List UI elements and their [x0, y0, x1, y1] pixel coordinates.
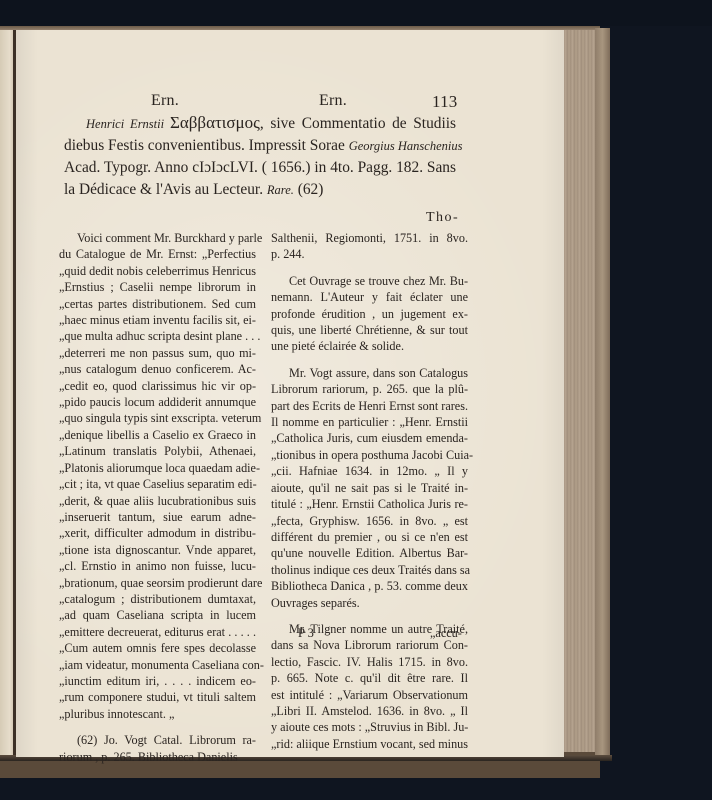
text-line: „denique libellis a Caselio ex Graeco in	[59, 427, 256, 443]
text-line: „inseruerit tantum, siue earum adne-	[59, 509, 256, 525]
text-line: Ouvrages separés.	[271, 595, 468, 611]
catchword: Tho-	[426, 210, 459, 226]
running-head-center: Ern.	[319, 92, 347, 110]
page-number: 113	[432, 92, 457, 112]
entry-text: Rare.	[267, 183, 294, 197]
text-line: „haec minus etiam inventu facilis sit, e…	[59, 312, 256, 328]
text-line: „cii. Hafniae 1634. in 12mo. „ Il y	[271, 463, 468, 479]
text-line: „rum componere studui, vt tituli saltem	[59, 689, 256, 705]
text-line: „ad quam Caseliana scripta in lucem	[59, 607, 256, 623]
entry-text: diebus Festis convenientibus. Impressit …	[64, 137, 349, 154]
entry-text: Henrici Ernstii	[86, 117, 170, 131]
text-line: „pido paucis locum addiderit annumque	[59, 394, 256, 410]
text-line: „tionibus in opera posthuma Jacobi Cuia-	[271, 447, 468, 463]
text-line: quis, une liberté Chrétienne, & sur tout	[271, 322, 468, 338]
text-line: „Catholica Juris, cum eiusdem emenda-	[271, 430, 468, 446]
entry-text: (62)	[294, 181, 324, 198]
text-line: qu'une nouvelle Edition. Albertus Bar-	[271, 545, 468, 561]
text-line: „catalogum ; distributionem dumtaxat,	[59, 591, 256, 607]
entry-text: , sive Commentatio de Studiis	[260, 115, 456, 132]
text-line: „Cum autem omnis fere spes decolasse	[59, 640, 256, 656]
text-line: nemann. L'Auteur y fait éclater une	[271, 289, 468, 305]
signature-mark: P 3	[298, 626, 314, 641]
text-line: „nus catalogum denuo conficerem. Ac-	[59, 361, 256, 377]
text-line: tholinus indique ces deux Traités dans s…	[271, 562, 468, 578]
text-line: „cit ; ita, vt quae Caselius separatim e…	[59, 476, 256, 492]
text-line: Mr. Vogt assure, dans son Catalogus	[271, 365, 468, 381]
text-line: une pieté éclairée & solide.	[271, 338, 468, 354]
text-line: est intitulé : „Variarum Observationum	[271, 687, 468, 703]
text-line: „cedit eo, quod clarissimus hic vir op-	[59, 378, 256, 394]
right-column: Salthenii, Regiomonti, 1751. in 8vo.p. 2…	[271, 230, 468, 752]
catchword-bottom: „accu-	[430, 626, 462, 641]
text-line: Cet Ouvrage se trouve chez Mr. Bu-	[271, 273, 468, 289]
text-line: „Latinum translatis Polybii, Athenaei,	[59, 443, 256, 459]
text-line: Bibliotheca Danica , p. 53. comme deux	[271, 578, 468, 594]
text-line: y aioute ces mots : „Struvius in Bibl. J…	[271, 719, 468, 735]
entry-line: diebus Festis convenientibus. Impressit …	[64, 135, 456, 157]
book-cover-edge	[595, 28, 610, 756]
paragraph-gap	[271, 355, 468, 365]
text-line: „Ernstius ; Caselii nempe librorum in	[59, 279, 256, 295]
entry-text: Georgius Hanschenius	[349, 139, 463, 153]
facing-page-edge	[0, 30, 14, 757]
text-line: titulé : „Henr. Ernstii Catholica Juris …	[271, 496, 468, 512]
text-line: Salthenii, Regiomonti, 1751. in 8vo.	[271, 230, 468, 246]
entry-line: la Dédicace & l'Avis au Lecteur. Rare. (…	[64, 179, 456, 201]
text-line: „iam videatur, monumenta Caseliana con-	[59, 657, 256, 673]
text-line: „brationum, quae seorsim prodierunt dare	[59, 575, 256, 591]
text-line: „quo singula typis sint exscripta. veter…	[59, 410, 256, 426]
entry-line: Henrici Ernstii Σαββατισμος, sive Commen…	[64, 112, 456, 135]
entry-text: la Dédicace & l'Avis au Lecteur.	[64, 181, 267, 198]
text-line: (62) Jo. Vogt Catal. Librorum ra-	[59, 732, 256, 748]
text-line: part des Ecrits de Henri Ernst sont rare…	[271, 398, 468, 414]
text-line: „emittere decreuerat, editurus erat . . …	[59, 624, 256, 640]
text-line: „Platonis aliorumque loca quaedam adie-	[59, 460, 256, 476]
text-line: „Libri II. Amstelod. 1636. in 8vo. „ Il	[271, 703, 468, 719]
paragraph-gap	[271, 263, 468, 273]
text-line: „deterreri me non passus sum, quo mi-	[59, 345, 256, 361]
entry-text: Σαββατισμος	[170, 113, 260, 132]
bibliographic-entry: Henrici Ernstii Σαββατισμος, sive Commen…	[64, 112, 456, 201]
text-line: lectio, Fascic. IV. Halis 1715. in 8vo.	[271, 654, 468, 670]
text-line: profonde érudition , un jugement ex-	[271, 306, 468, 322]
paragraph-gap	[271, 611, 468, 621]
text-line: Librorum rariorum, p. 265. que la plû-	[271, 381, 468, 397]
text-line: p. 665. Note c. qu'il dit être rare. Il	[271, 670, 468, 686]
text-line: p. 244.	[271, 246, 468, 262]
text-line: différent du premier , ou si ce n'en est	[271, 529, 468, 545]
text-line: „tione ista dignoscantur. Vnde apparet,	[59, 542, 256, 558]
entry-line: Acad. Typogr. Anno cIɔIɔcLVI. ( 1656.) i…	[64, 157, 456, 179]
paragraph-gap	[59, 722, 256, 732]
text-line: „xerit, difficulter admodum in distribu-	[59, 525, 256, 541]
text-line: „cl. Ernstio in animo non fuisse, lucu-	[59, 558, 256, 574]
text-line: riorum , p. 265. Bibliotheca Danielis	[59, 749, 256, 765]
left-column: Voici comment Mr. Burckhard y parledu Ca…	[59, 230, 256, 765]
text-line: „fecta, Gryphisw. 1656. in 8vo. „ est	[271, 513, 468, 529]
text-line: aioute, qu'il ne sait pas si le Traité i…	[271, 480, 468, 496]
text-line: „pluribus innotescant. „	[59, 706, 256, 722]
entry-text: Acad. Typogr. Anno cIɔIɔcLVI. ( 1656.) i…	[64, 159, 456, 176]
text-line: Voici comment Mr. Burckhard y parle	[59, 230, 256, 246]
text-line: „iunctim editum iri, . . . . indicem eo-	[59, 673, 256, 689]
text-line: „rid: aliique Ernstium vocant, sed minus	[271, 736, 468, 752]
text-line: „derit, & quae aliis lucubrationibus sui…	[59, 493, 256, 509]
text-line: „certas partes distributionem. Sed cum	[59, 296, 256, 312]
running-head-left: Ern.	[151, 92, 179, 110]
text-line: „quid dedit nobis celeberrimus Henricus	[59, 263, 256, 279]
text-line: „que multa adhuc scripta desint plane . …	[59, 328, 256, 344]
text-line: du Catalogue de Mr. Ernst: „Perfectius	[59, 246, 256, 262]
dark-background-top	[0, 0, 712, 26]
book-page: Ern. Ern. 113 Henrici Ernstii Σαββατισμο…	[16, 30, 564, 757]
text-line: Il nomme en particulier : „Henr. Ernstii	[271, 414, 468, 430]
